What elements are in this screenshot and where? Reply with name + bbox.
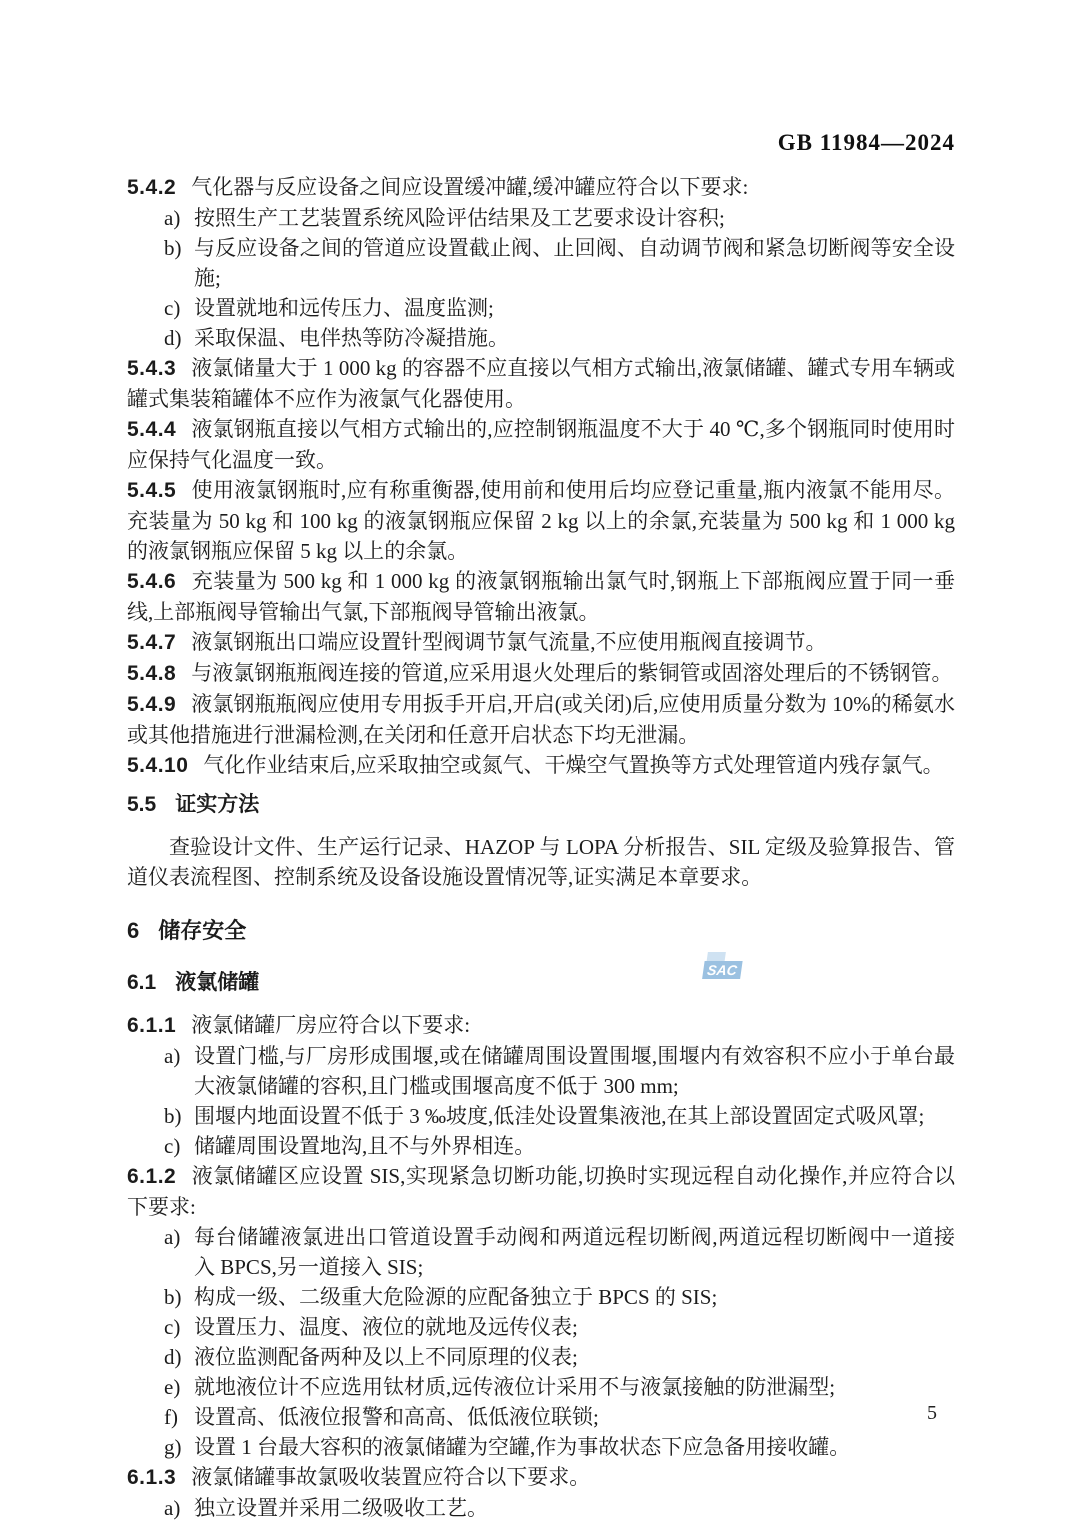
heading-number: 6.1 [127,971,156,994]
list-label: c) [164,1131,194,1161]
clause-5-4-9: 5.4.9液氯钢瓶瓶阀应使用专用扳手开启,开启(或关闭)后,应使用质量分数为 1… [127,689,955,750]
clause-6-1-3: 6.1.3液氯储罐事故氯吸收装置应符合以下要求。 [127,1462,955,1493]
section-heading-6-1: 6.1液氯储罐 [127,968,955,998]
clause-5-4-2: 5.4.2气化器与反应设备之间应设置缓冲罐,缓冲罐应符合以下要求: [127,172,955,203]
clause-text: 液氯钢瓶直接以气相方式输出的,应控制钢瓶温度不大于 40 ℃,多个钢瓶同时使用时… [127,417,955,472]
list-text: 每台储罐液氯进出口管道设置手动阀和两道远程切断阀,两道远程切断阀中一道接入 BP… [194,1222,955,1282]
clause-5-4-5: 5.4.5使用液氯钢瓶时,应有称重衡器,使用前和使用后均应登记重量,瓶内液氯不能… [127,475,955,566]
document-body: 5.4.2气化器与反应设备之间应设置缓冲罐,缓冲罐应符合以下要求: a)按照生产… [127,172,955,1523]
standard-number-header: GB 11984—2024 [127,130,955,156]
list-text: 按照生产工艺装置系统风险评估结果及工艺要求设计容积; [194,203,955,233]
list-item-d: d)采取保温、电伴热等防冷凝措施。 [127,323,955,353]
list-label: a) [164,1041,194,1101]
page-number: 5 [127,1402,937,1425]
list-label: a) [164,1493,194,1523]
list-text: 围堰内地面设置不低于 3 ‰坡度,低洼处设置集液池,在其上部设置固定式吸风罩; [194,1101,955,1131]
list-text: 设置压力、温度、液位的就地及远传仪表; [194,1312,955,1342]
list-item-a: a)按照生产工艺装置系统风险评估结果及工艺要求设计容积; [127,203,955,233]
clause-text: 使用液氯钢瓶时,应有称重衡器,使用前和使用后均应登记重量,瓶内液氯不能用尽。 充… [127,478,955,563]
clause-text: 液氯钢瓶出口端应设置针型阀调节氯气流量,不应使用瓶阀直接调节。 [191,630,826,654]
list-text: 独立设置并采用二级吸收工艺。 [194,1493,955,1523]
chapter-heading-6: 6储存安全 [127,915,955,947]
clause-number: 5.4.3 [127,357,176,380]
list-text: 液位监测配备两种及以上不同原理的仪表; [194,1342,955,1372]
clause-5-4-8: 5.4.8与液氯钢瓶瓶阀连接的管道,应采用退火处理后的紫铜管或固溶处理后的不锈钢… [127,658,955,689]
section-heading-5-5: 5.5证实方法 [127,790,955,820]
clause-text: 液氯储罐厂房应符合以下要求: [191,1013,470,1037]
clause-number: 5.4.6 [127,570,176,593]
list-label: g) [164,1432,194,1462]
clause-number: 5.4.5 [127,479,176,502]
list-item-c: c)储罐周围设置地沟,且不与外界相连。 [127,1131,955,1161]
clause-text: 与液氯钢瓶瓶阀连接的管道,应采用退火处理后的紫铜管或固溶处理后的不锈钢管。 [191,661,952,685]
list-label: d) [164,323,194,353]
list-label: c) [164,1312,194,1342]
clause-number: 6.1.1 [127,1014,176,1037]
list-label: e) [164,1372,194,1402]
clause-text: 气化作业结束后,应采取抽空或氮气、干燥空气置换等方式处理管道内残存氯气。 [203,753,943,777]
clause-5-4-10: 5.4.10气化作业结束后,应采取抽空或氮气、干燥空气置换等方式处理管道内残存氯… [127,750,955,781]
list-item-c: c)设置就地和远传压力、温度监测; [127,293,955,323]
list-label: b) [164,233,194,293]
clause-5-4-6: 5.4.6充装量为 500 kg 和 1 000 kg 的液氯钢瓶输出氯气时,钢… [127,566,955,627]
clause-5-4-3: 5.4.3液氯储量大于 1 000 kg 的容器不应直接以气相方式输出,液氯储罐… [127,353,955,414]
list-item-c: c)设置压力、温度、液位的就地及远传仪表; [127,1312,955,1342]
list-item-a: a)每台储罐液氯进出口管道设置手动阀和两道远程切断阀,两道远程切断阀中一道接入 … [127,1222,955,1282]
clause-6-1-1: 6.1.1液氯储罐厂房应符合以下要求: [127,1010,955,1041]
list-text: 设置就地和远传压力、温度监测; [194,293,955,323]
clause-number: 5.4.9 [127,693,176,716]
list-text: 设置 1 台最大容积的液氯储罐为空罐,作为事故状态下应急备用接收罐。 [194,1432,955,1462]
list-item-e: e)就地液位计不应选用钛材质,远传液位计采用不与液氯接触的防泄漏型; [127,1372,955,1402]
clause-5-4-7: 5.4.7液氯钢瓶出口端应设置针型阀调节氯气流量,不应使用瓶阀直接调节。 [127,627,955,658]
list-item-b: b)围堰内地面设置不低于 3 ‰坡度,低洼处设置集液池,在其上部设置固定式吸风罩… [127,1101,955,1131]
list-item-b: b)与反应设备之间的管道应设置截止阀、止回阀、自动调节阀和紧急切断阀等安全设施; [127,233,955,293]
list-text: 构成一级、二级重大危险源的应配备独立于 BPCS 的 SIS; [194,1282,955,1312]
clause-text: 液氯储罐区应设置 SIS,实现紧急切断功能,切换时实现远程自动化操作,并应符合以… [127,1164,955,1219]
clause-text: 液氯储罐事故氯吸收装置应符合以下要求。 [191,1465,590,1489]
list-label: c) [164,293,194,323]
list-text: 设置门槛,与厂房形成围堰,或在储罐周围设置围堰,围堰内有效容积不应小于单台最大液… [194,1041,955,1101]
clause-6-1-2: 6.1.2液氯储罐区应设置 SIS,实现紧急切断功能,切换时实现远程自动化操作,… [127,1161,955,1222]
clause-text: 充装量为 500 kg 和 1 000 kg 的液氯钢瓶输出氯气时,钢瓶上下部瓶… [127,569,955,624]
list-text: 就地液位计不应选用钛材质,远传液位计采用不与液氯接触的防泄漏型; [194,1372,955,1402]
list-item-g: g)设置 1 台最大容积的液氯储罐为空罐,作为事故状态下应急备用接收罐。 [127,1432,955,1462]
list-item-a: a)独立设置并采用二级吸收工艺。 [127,1493,955,1523]
clause-text: 液氯储量大于 1 000 kg 的容器不应直接以气相方式输出,液氯储罐、罐式专用… [127,356,955,411]
heading-number: 5.5 [127,793,156,816]
clause-number: 5.4.2 [127,176,176,199]
heading-title: 证实方法 [175,793,259,816]
list-label: a) [164,203,194,233]
heading-number: 6 [127,918,139,943]
clause-number: 5.4.10 [127,754,188,777]
list-label: b) [164,1282,194,1312]
document-page: GB 11984—2024 SAC 5.4.2气化器与反应设备之间应设置缓冲罐,… [0,0,1080,1528]
clause-number: 6.1.3 [127,1466,176,1489]
list-label: b) [164,1101,194,1131]
paragraph-5-5: 查验设计文件、生产运行记录、HAZOP 与 LOPA 分析报告、SIL 定级及验… [127,832,955,892]
list-item-d: d)液位监测配备两种及以上不同原理的仪表; [127,1342,955,1372]
clause-number: 5.4.7 [127,631,176,654]
clause-number: 6.1.2 [127,1165,176,1188]
list-item-a: a)设置门槛,与厂房形成围堰,或在储罐周围设置围堰,围堰内有效容积不应小于单台最… [127,1041,955,1101]
clause-text: 液氯钢瓶瓶阀应使用专用扳手开启,开启(或关闭)后,应使用质量分数为 10%的稀氨… [127,692,955,747]
clause-5-4-4: 5.4.4液氯钢瓶直接以气相方式输出的,应控制钢瓶温度不大于 40 ℃,多个钢瓶… [127,414,955,475]
heading-title: 液氯储罐 [175,971,259,994]
list-text: 储罐周围设置地沟,且不与外界相连。 [194,1131,955,1161]
clause-number: 5.4.8 [127,662,176,685]
list-label: a) [164,1222,194,1282]
clause-text: 气化器与反应设备之间应设置缓冲罐,缓冲罐应符合以下要求: [191,175,748,199]
heading-title: 储存安全 [158,918,246,943]
clause-number: 5.4.4 [127,418,176,441]
list-label: d) [164,1342,194,1372]
list-text: 与反应设备之间的管道应设置截止阀、止回阀、自动调节阀和紧急切断阀等安全设施; [194,233,955,293]
list-item-b: b)构成一级、二级重大危险源的应配备独立于 BPCS 的 SIS; [127,1282,955,1312]
list-text: 采取保温、电伴热等防冷凝措施。 [194,323,955,353]
